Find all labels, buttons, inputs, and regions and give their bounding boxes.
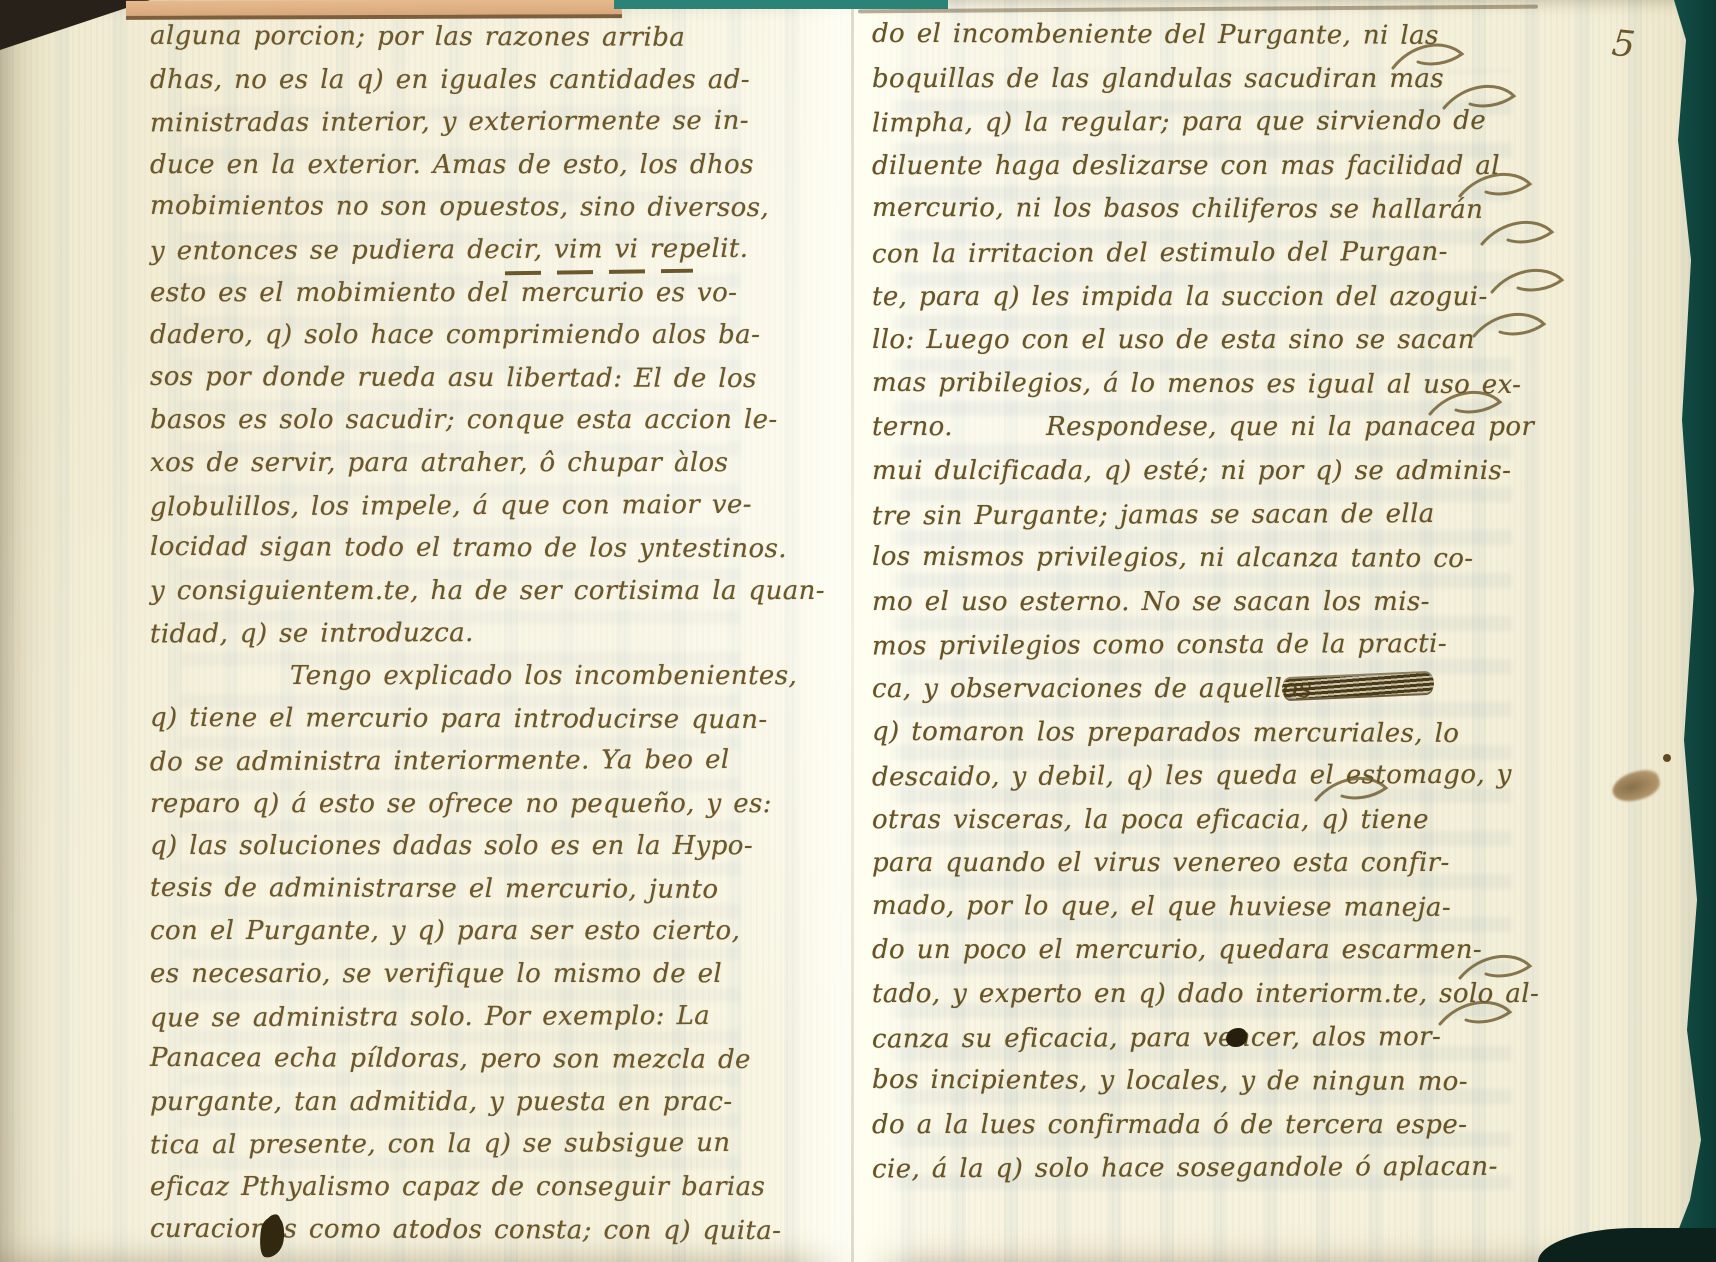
manuscript-line: do a la lues confirmada ó de tercera esp… [872,1104,1532,1148]
manuscript-line: q) tomaron los preparados mercuriales, l… [872,710,1532,756]
manuscript-line: do un poco el mercurio, quedara escarmen… [872,929,1532,973]
manuscript-line: Panacea echa píldoras, pero son mezcla d… [150,1037,790,1082]
manuscript-line: mas pribilegios, á lo menos es igual al … [872,362,1532,408]
manuscript-line: purgante, tan admitida, y puesta en prac… [150,1081,790,1124]
manuscript-line: mado, por lo que, el que huviese maneja- [872,885,1532,931]
manuscript-line: para quando el virus venereo esta confir… [872,842,1532,886]
manuscript-line: y consiguientem.te, ha de ser cortisima … [150,570,790,613]
manuscript-line: globulillos, los impele, á que con maior… [150,483,790,528]
manuscript-line: eficaz Pthyalismo capaz de conseguir bar… [150,1166,790,1209]
manuscript-line: tidad, q) se introduzca. [150,611,790,656]
manuscript-line: do el incombeniente del Purgante, ni las [872,13,1532,59]
manuscript-line: mo el uso esterno. No se sacan los mis- [872,581,1532,625]
manuscript-line: duce en la exterior. Amas de esto, los d… [150,144,790,187]
manuscript-line: tica al presente, con la q) se subsigue … [150,1122,790,1167]
manuscript-line: locidad sigan todo el tramo de los yntes… [150,526,790,571]
manuscript-line: Tengo explicado los incombenientes, [150,655,790,698]
manuscript-line: con la irritacion del estimulo del Purga… [872,231,1532,277]
manuscript-line: terno. Respondese, que ni la panacea por [872,406,1532,450]
manuscript-line: llo: Luego con el uso de esta sino se sa… [872,319,1532,363]
manuscript-line: tesis de administrarse el mercurio, junt… [150,867,790,912]
manuscript-line: ca, y observaciones de aquellos [872,668,1532,712]
manuscript-line: ministradas interior, y exteriormente se… [150,100,790,145]
manuscript-line: canza su eficacia, para vencer, alos mor… [872,1015,1532,1061]
manuscript-line: cie, á la q) solo hace sosegandole ó apl… [872,1146,1532,1192]
left-page-text: alguna porcion; por las razones arribadh… [150,16,790,1251]
right-page-text: do el incombeniente del Purgante, ni las… [872,14,1532,1191]
manuscript-line: tre sin Purgante; jamas se sacan de ella [872,492,1532,538]
manuscript-line: reparo q) á esto se ofrece no pequeño, y… [150,783,790,826]
manuscript-line: con el Purgante, y q) para ser esto cier… [150,910,790,953]
manuscript-line: q) las soluciones dadas solo es en la Hy… [150,825,790,868]
manuscript-line: otras visceras, la poca eficacia, q) tie… [872,799,1532,843]
manuscript-line: sos por donde rueda asu libertad: El de … [150,356,790,401]
manuscript-line: dadero, q) solo hace comprimiendo alos b… [150,314,790,357]
manuscript-line: do se administra interiormente. Ya beo e… [150,739,790,784]
manuscript-line: q) tiene el mercurio para introducirse q… [150,696,790,741]
manuscript-line: bos incipientes, y locales, y de ningun … [872,1059,1532,1105]
manuscript-line: que se administra solo. Por exemplo: La [150,994,790,1039]
gutter-fold-line [851,0,854,1262]
manuscript-line: alguna porcion; por las razones arriba [150,15,790,60]
manuscript-line: mos privilegios como consta de la practi… [872,623,1532,669]
manuscript-line: es necesario, se verifique lo mismo de e… [150,953,790,996]
manuscript-line: diluente haga deslizarse con mas facilid… [872,145,1532,189]
manuscript-line: esto es el mobimiento del mercurio es vo… [150,272,790,315]
manuscript-spread-photo: alguna porcion; por las razones arribadh… [0,0,1716,1262]
manuscript-line: dhas, no es la q) en iguales cantidades … [150,59,790,102]
manuscript-line: boquillas de las glandulas sacudiran mas [872,58,1532,102]
manuscript-line: basos es solo sacudir; conque esta accio… [150,399,790,442]
manuscript-line: mobimientos no son opuestos, sino divers… [150,185,790,230]
manuscript-line: mui dulcificada, q) esté; ni por q) se a… [872,450,1532,494]
backdrop-strip [614,0,948,9]
manuscript-line: mercurio, ni los basos chiliferos se hal… [872,187,1532,233]
manuscript-line: te, para q) les impida la succion del az… [872,276,1532,320]
folio-page-number: 5 [1610,23,1637,66]
manuscript-line: xos de servir, para atraher, ô chupar àl… [150,442,790,485]
manuscript-line: tado, y experto en q) dado interiorm.te,… [872,973,1532,1017]
manuscript-line: curaciones como atodos consta; con q) qu… [150,1208,790,1253]
manuscript-line: y entonces se pudiera decir, vim vi repe… [150,228,790,273]
manuscript-line: limpha, q) la regular; para que sirviend… [872,100,1532,146]
paper-stain-dot [1663,754,1671,762]
manuscript-line: descaido, y debil, q) les queda el estom… [872,754,1532,800]
manuscript-line: los mismos privilegios, ni alcanza tanto… [872,536,1532,582]
